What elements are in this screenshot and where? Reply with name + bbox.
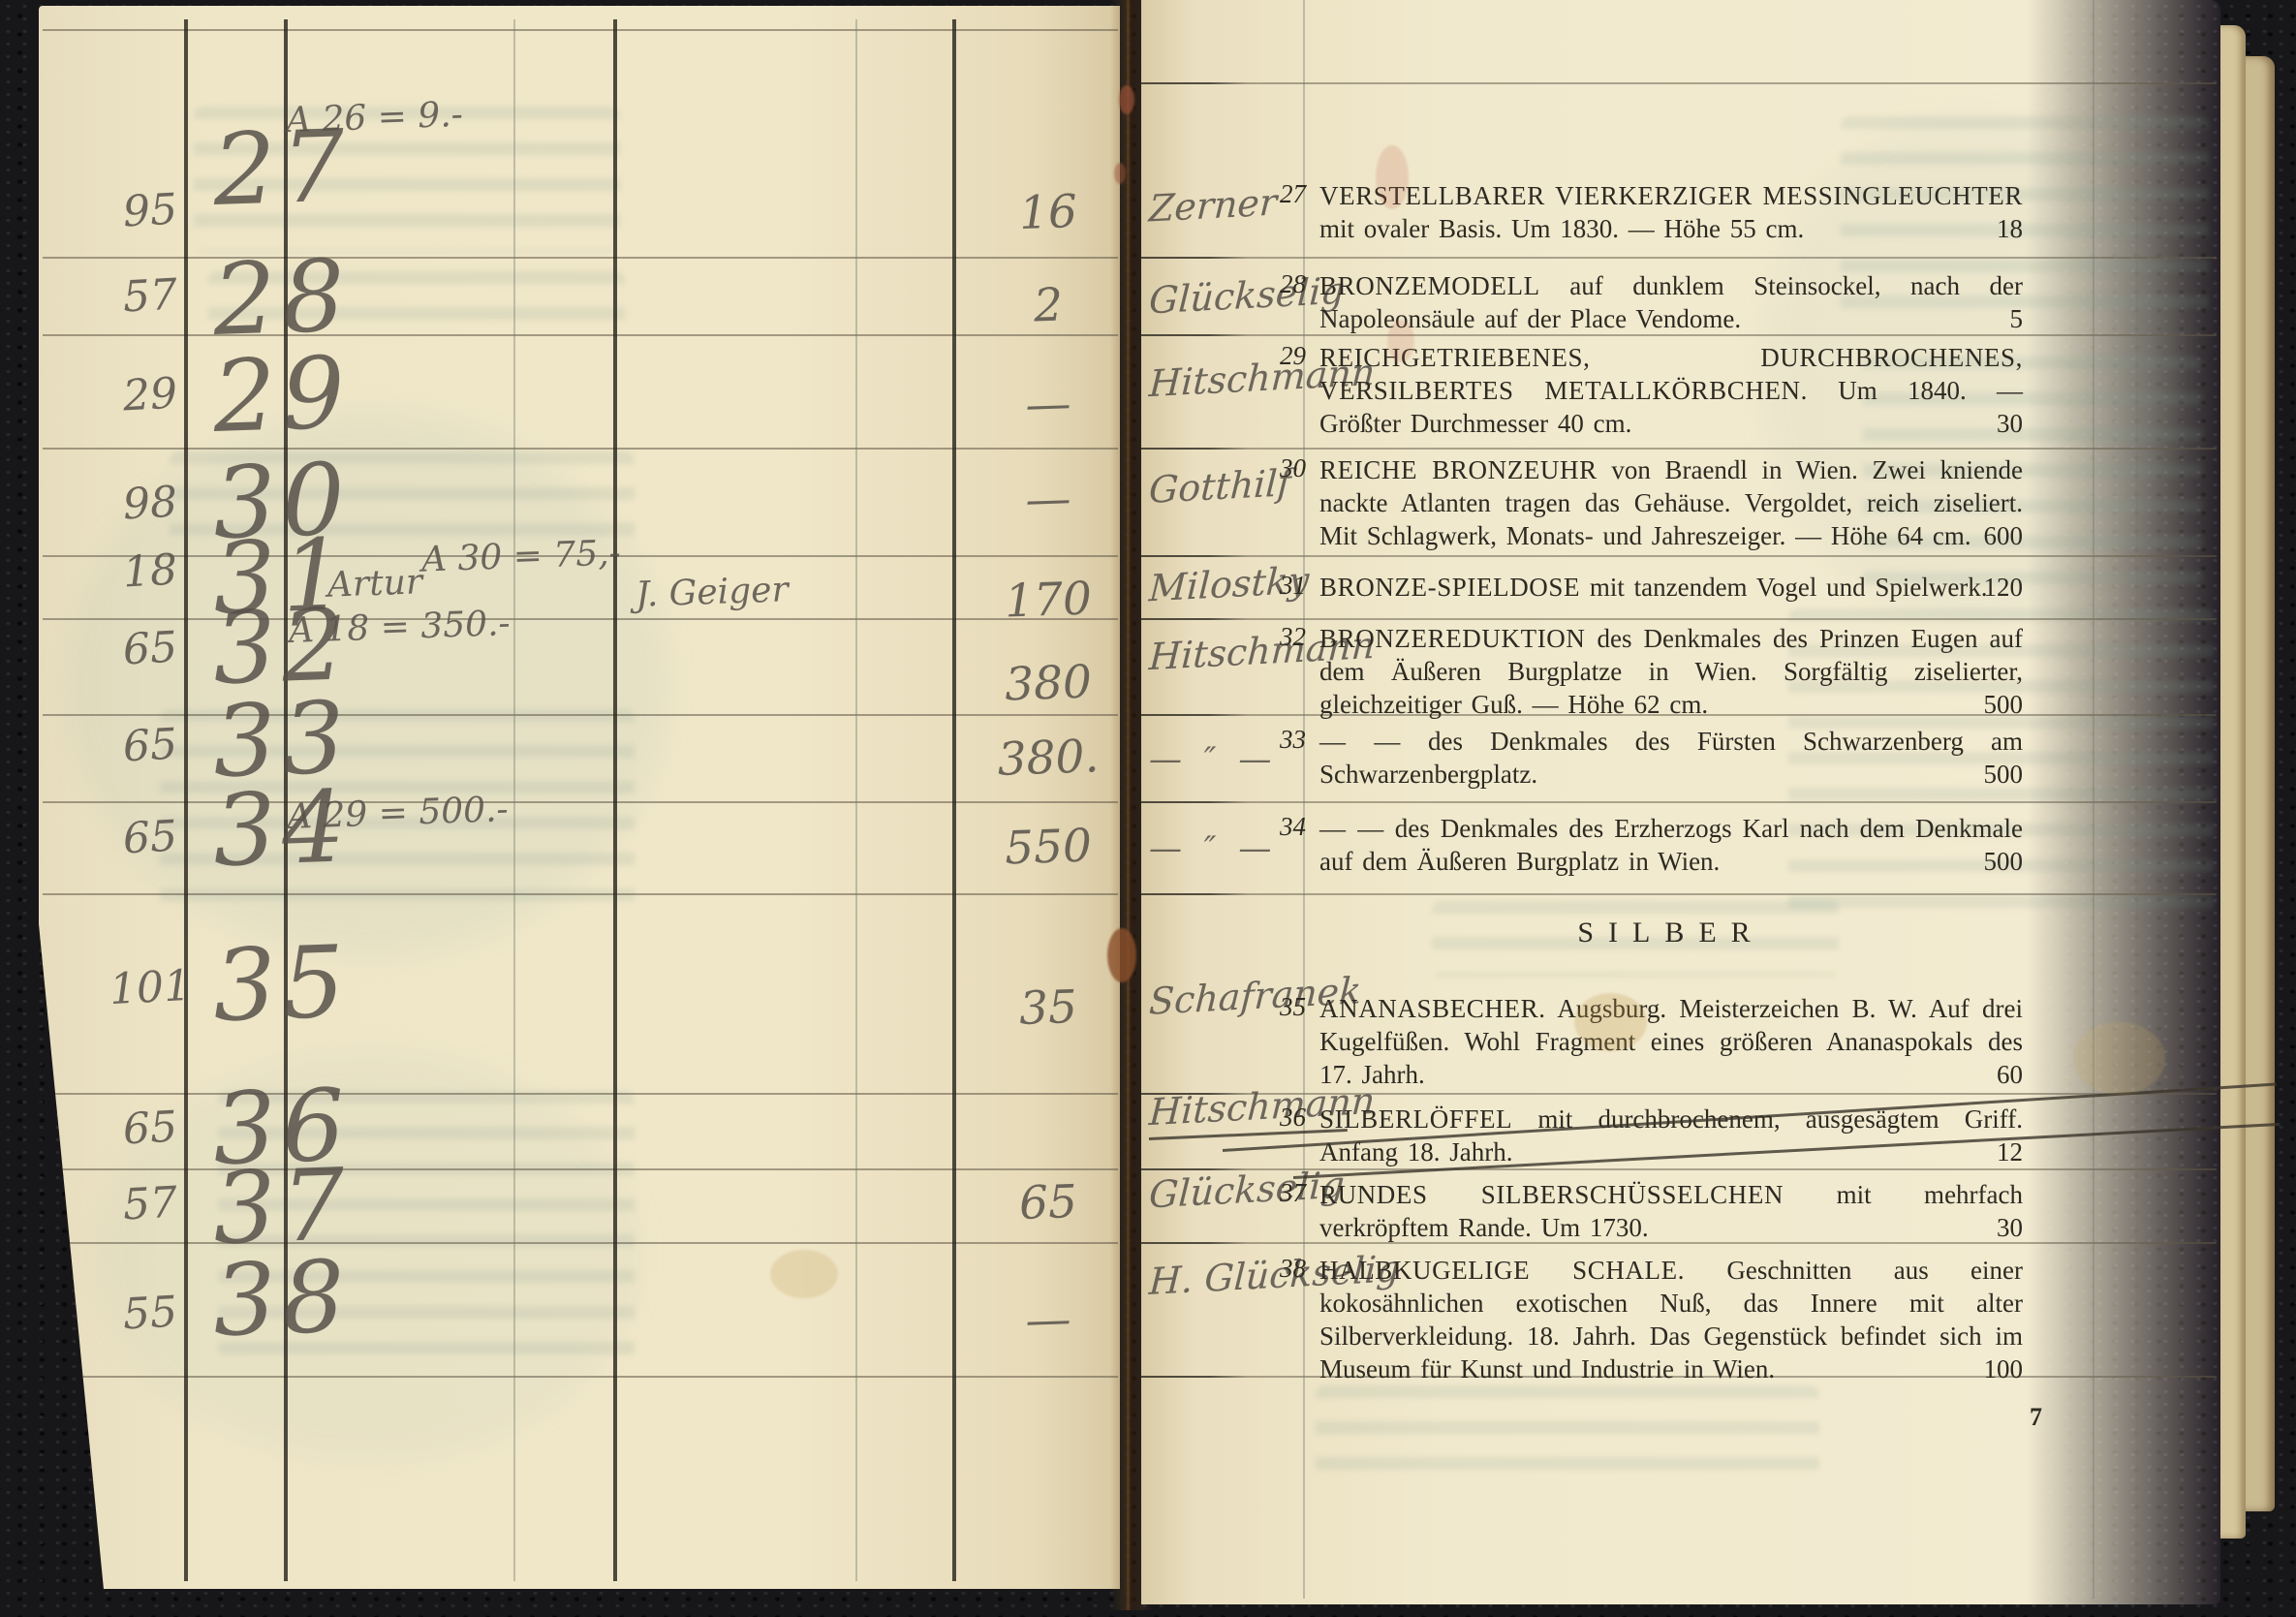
entry-title: ANANASBECHER. [1319, 994, 1546, 1023]
entry-description: mit ovaler Basis. Um 1830. — Höhe 55 cm. [1319, 214, 1804, 243]
catalog-entry-text: RUNDES SILBERSCHÜSSELCHEN mit mehrfach v… [1319, 1178, 2023, 1244]
entry-title: BRONZEMODELL [1319, 271, 1540, 300]
ledger-col1-value: 57 [91, 1176, 210, 1231]
paper-stain [1119, 85, 1134, 114]
lot-number: 29 [1256, 341, 1306, 371]
entry-price: 30 [1997, 1211, 2023, 1244]
column-rule [2093, 0, 2094, 1599]
entry-description: mit tanzendem Vogel und Spielwerk. [1590, 573, 1988, 602]
ledger-col1-value: 95 [91, 183, 210, 238]
ruled-line [43, 29, 1118, 31]
ledger-amount: 170 [979, 572, 1117, 630]
paper-stain [2073, 1022, 2165, 1095]
ledger-buyer-note: Artur [326, 562, 422, 605]
entry-title: VERSTELLBARER VIERKERZIGER MESSINGLEUCHT… [1319, 181, 2023, 210]
ledger-agent-note: J. Geiger [635, 570, 789, 614]
column-rule [513, 19, 515, 1581]
auction-catalog-scan: 952716572822929—9830—1831170653238065333… [0, 0, 2296, 1617]
ledger-col1-value: 65 [91, 718, 210, 773]
entry-title: BRONZEREDUKTION [1319, 624, 1585, 653]
bleed-through-text [1316, 1385, 1819, 1492]
entry-price: 30 [1997, 407, 2023, 440]
lot-number: 38 [1256, 1254, 1306, 1284]
ledger-col1-value: 55 [91, 1286, 210, 1341]
margin-buyer-name: Glückselig [1148, 269, 1346, 323]
ruled-line [43, 893, 1118, 895]
column-rule [2136, 0, 2138, 1599]
ruled-line [43, 1376, 1118, 1378]
lot-number: 28 [1256, 269, 1306, 299]
lot-number: 34 [1256, 812, 1306, 842]
catalog-entry-text: HALBKUGELIGE SCHALE. Geschnitten aus ein… [1319, 1254, 2023, 1385]
ledger-col1-value: 65 [91, 621, 210, 676]
ledger-annotation: A 26 = 9.- [285, 95, 463, 140]
stacked-page-edge [2220, 25, 2246, 1539]
column-rule [855, 19, 857, 1581]
section-heading: SILBER [1319, 917, 2023, 949]
ledger-amount: — [979, 471, 1117, 529]
ledger-amount: 380 [979, 655, 1117, 713]
catalog-right-page: Zerner27VERSTELLBARER VIERKERZIGER MESSI… [1141, 0, 2220, 1604]
entry-price: 500 [1984, 845, 2024, 878]
ledger-col1-value: 18 [91, 544, 210, 599]
entry-price: 100 [1984, 1353, 2024, 1385]
entry-title: — — [1319, 727, 1401, 756]
ledger-lot-number: 35 [211, 934, 328, 1037]
lot-number: 27 [1256, 179, 1306, 209]
lot-number: 33 [1256, 725, 1306, 755]
entry-description: des Denkmales des Erzherzogs Karl nach d… [1319, 814, 2023, 876]
catalog-entry-text: — — des Denkmales des Fürsten Schwarzenb… [1319, 725, 2023, 791]
ledger-lot-number: 28 [211, 248, 328, 351]
paper-stain [1376, 145, 1409, 209]
ledger-amount: 550 [979, 819, 1117, 877]
entry-price: 5 [2010, 302, 2024, 335]
entry-title: REICHE BRONZEUHR [1319, 455, 1598, 484]
catalog-entry-text: REICHE BRONZEUHR von Braendl in Wien. Zw… [1319, 453, 2023, 552]
entry-title: BRONZE-SPIELDOSE [1319, 573, 1580, 602]
margin-buyer-name: Glückselig [1148, 1164, 1346, 1217]
ledger-col1-value: 65 [91, 810, 210, 865]
ruled-line [43, 618, 1118, 620]
column-rule [952, 19, 956, 1581]
ruled-line [43, 448, 1118, 450]
ruled-line [43, 1168, 1118, 1170]
entry-price: 18 [1997, 212, 2023, 245]
paper-stain [770, 1250, 838, 1298]
lot-number: 36 [1256, 1103, 1306, 1133]
column-rule [1303, 0, 1305, 1599]
ledger-annotation: A 29 = 500.- [286, 790, 509, 837]
ledger-col1-value: 98 [91, 476, 210, 531]
ledger-annotation: A 18 = 350.- [288, 604, 511, 651]
ledger-col1-value: 65 [91, 1101, 210, 1156]
ledger-annotation: A 30 = 75,- [420, 533, 621, 579]
ledger-left-page: 952716572822929—9830—1831170653238065333… [39, 6, 1120, 1589]
entry-price: 500 [1984, 688, 2024, 721]
catalog-entry-text: BRONZEMODELL auf dunklem Steinsockel, na… [1319, 269, 2023, 335]
ledger-amount: 35 [979, 980, 1117, 1038]
entry-price: 120 [1984, 571, 2024, 604]
entry-price: 60 [1997, 1058, 2023, 1091]
ruled-line [43, 714, 1118, 716]
lot-number: 32 [1256, 622, 1306, 652]
lot-number: 37 [1256, 1178, 1306, 1208]
catalog-entry-text: — — des Denkmales des Erzherzogs Karl na… [1319, 812, 2023, 878]
ledger-col1-value: 29 [91, 367, 210, 422]
ledger-lot-number: 29 [211, 345, 328, 448]
ruled-line [43, 1093, 1118, 1095]
lot-number: 31 [1256, 571, 1306, 601]
catalog-entry-text: ANANASBECHER. Augsburg. Meisterzeichen B… [1319, 992, 2023, 1091]
column-rule [184, 19, 188, 1581]
catalog-entry-text: REICHGETRIEBENES, DURCHBROCHENES, VERSIL… [1319, 341, 2023, 440]
ledger-amount: 2 [979, 277, 1117, 335]
ledger-amount: 16 [979, 184, 1117, 242]
stacked-page-edge [2246, 56, 2275, 1511]
lot-number: 35 [1256, 992, 1306, 1022]
entry-title: RUNDES SILBERSCHÜSSELCHEN [1319, 1180, 1784, 1209]
catalog-entry-text: BRONZEREDUKTION des Denkmales des Prinze… [1319, 622, 2023, 721]
paper-stain [1107, 928, 1136, 982]
ledger-col1-value: 57 [91, 268, 210, 324]
page-number: 7 [1994, 1403, 2042, 1432]
paper-stain [1574, 993, 1647, 1051]
ruled-line [43, 334, 1118, 336]
entry-title: SILBERLÖFFEL [1319, 1104, 1512, 1134]
entry-price: 600 [1984, 519, 2024, 552]
entry-title: — — [1319, 814, 1384, 843]
ledger-amount: — [979, 376, 1117, 434]
column-rule [613, 19, 617, 1581]
ruled-line [43, 801, 1118, 803]
lot-number: 30 [1256, 453, 1306, 483]
ledger-amount: 65 [979, 1174, 1117, 1232]
entry-price: 500 [1984, 758, 2024, 791]
catalog-entry-text: BRONZE-SPIELDOSE mit tanzendem Vogel und… [1319, 571, 2023, 604]
spine-crack [1127, 0, 1130, 1610]
ledger-col1-value: 101 [91, 960, 210, 1015]
ledger-amount: — [979, 1291, 1117, 1350]
entry-description: des Denkmales des Fürsten Schwarzenberg … [1319, 727, 2023, 789]
ruled-line [43, 1242, 1118, 1244]
ledger-amount: 380. [979, 730, 1117, 788]
paper-stain [1387, 320, 1414, 362]
ledger-lot-number: 38 [211, 1249, 328, 1352]
entry-title: HALBKUGELIGE SCHALE. [1319, 1256, 1685, 1285]
paper-stain [1114, 163, 1126, 184]
ruled-line [43, 257, 1118, 259]
catalog-entry-text: VERSTELLBARER VIERKERZIGER MESSINGLEUCHT… [1319, 179, 2023, 245]
